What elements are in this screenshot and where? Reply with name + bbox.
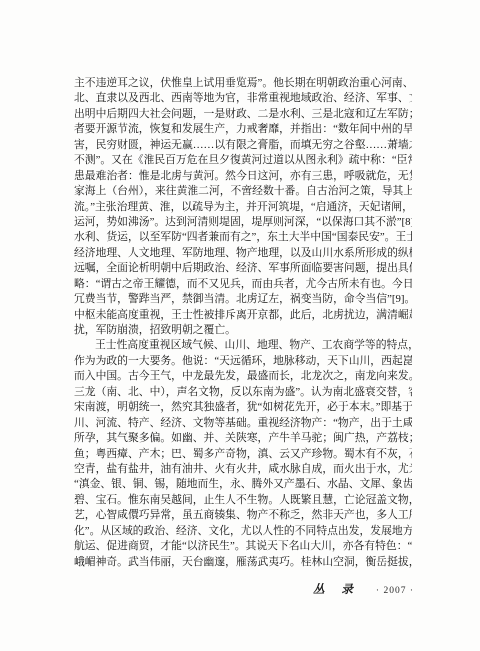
- text-line: 所孕，其气聚多偏。如幽、并、关陕寒，产牛羊马驼；闽广热，产荔枝；荆楚泽国，产: [74, 431, 412, 446]
- text-line: 冗费当节，警跸当严，禁御当清。北虏辽左，祸变当防，命令当信”[9]。可惜明王朝: [74, 292, 412, 307]
- text-line: 艺，心智咸儇巧异常，虽五商辏集、物产不称乏，然非天产也，多人工所成，足夺造: [74, 508, 412, 523]
- text-line: 宋南渡，明朝统一，然究其独盛者，犹“如树花先开，必于本末。”即基于该地域的山: [74, 400, 412, 415]
- text-line: 航运、促进商贸，才能“以济民生”。其说天下名山大川，亦各有特色：“太华险绝，: [74, 539, 412, 554]
- text-line: 出明中后期四大社会问题，一是财政、二是水利、三是北寇和辽左军防；四是统治: [74, 107, 412, 122]
- text-line: 流。”主张治理黄、淮，以疏导为主，并开河筑堤，“启通济，天妃诸闸，则黄水直捣: [74, 200, 412, 215]
- text-line: 略：“谓古之帝王耀德，而不又见兵，而由兵者，尤今古所未有也。今日无益当罢，: [74, 277, 412, 292]
- text-line: 峨嵋神奇。武当伟丽，天台幽邃，雁荡武夷巧。桂林山空洞，衡岳挺拔，太和透迤。: [74, 555, 412, 570]
- text-line: 空青，盐有盐井，油有油井、火有火井，咸水脉自成，而火出于水，尤为奇怪”又说：: [74, 462, 412, 477]
- text-line: 作为为政的一大要务。他说：“天远循环，地脉移动，天下山川，西起崑仑，以三龙: [74, 354, 412, 369]
- text-line: 北、直隶以及西北、西南等地为官，非常重视地域政治、经济、军事、文化特点，提: [74, 91, 412, 106]
- text-line: 川、河流、特产、经济、文物等基础。重视经济物产：“物产，出于土咸造化精英之: [74, 416, 412, 431]
- text-line: 鱼；粤西瘴、产木；巴、蜀多产奇物，滇、云又产珍物。蜀木有不灰，石有放光，又有: [74, 447, 412, 462]
- page-footer: 丛 录 · 2007 ·: [313, 581, 414, 597]
- footer-year: · 2007 ·: [376, 586, 414, 596]
- text-line-paragraph-start: 王士性高度重视区域气候、山川、地理、物产、工农商学等的特点，发挥其长，: [74, 338, 412, 353]
- text-line: 经济地理、人文地理、军防地理、物产地理，以及山川水系所形成的纵横特点，高瞻: [74, 246, 412, 261]
- text-line: 患最难治者：惟是北虏与黄河。然今日这河，亦有三患，呼吸就危，无复延矣。臣: [74, 169, 412, 184]
- scanned-book-page: 主不违逆耳之议，伏惟皇上试用垂览焉”。他长期在明朝政治重心河南、山东、河 北、直…: [0, 0, 480, 651]
- text-line: 中枢未能高度重视，王士性被排斥离开京都，此后，北虏扰边，满清崛起，三饷困: [74, 308, 412, 323]
- text-line: 主不违逆耳之议，伏惟皇上试用垂览焉”。他长期在明朝政治重心河南、山东、河: [74, 76, 412, 91]
- text-line: “滇金、银、铜、锡，随地而生，永、腾外又产墨石、水晶、文犀、象齿、玛瑙、琥珀、缔: [74, 477, 412, 492]
- journal-name: 丛 录: [313, 581, 360, 597]
- text-line: 害，民穷财匮，神运无赢……以有限之膏脂，而填无穷之谷壑……萧墙之内，变在: [74, 138, 412, 153]
- body-text-block: 主不违逆耳之议，伏惟皇上试用垂览焉”。他长期在明朝政治重心河南、山东、河 北、直…: [74, 76, 412, 570]
- text-line: 而入中国。古今王气，中龙最先发，最盛而长，北龙次之，南龙向来发。然则今之: [74, 369, 412, 384]
- text-line: 三龙（南、北、中），声名文物，反以东南为盛”。认为南北盛衰交替，客观上虽因南: [74, 385, 412, 400]
- text-line: 远嘱，全面论析明朝中后期政治、经济、军事所面临要害问题，提出具体的政策、方: [74, 261, 412, 276]
- text-line: 水利、货运，以至军防“四者兼而有之”，东土大半中国“国泰民安”。王士性以其: [74, 230, 412, 245]
- text-line: 家海上（台州），来往黄淮二河，不啻经数十番。自古治河之策，导其上流，疏其下: [74, 184, 412, 199]
- text-line: 碧、宝石。惟东南吴越间，止生人不生物。人既繁且慧，亡论冠盖文物，既百工技: [74, 493, 412, 508]
- text-line: 者要开源节流，恢复和发展生产，力戒奢靡，并指出：“数年间中州的旱魃，东土水: [74, 122, 412, 137]
- text-line-paragraph-end: 扰，军防崩溃，招致明朝之覆亡。: [74, 323, 412, 338]
- text-line: 不测”。又在《淮民百万危在旦夕復黄河过道以从图永利》疏中称：“臣常闻天下大: [74, 153, 412, 168]
- text-line: 化”。从区域的政治、经济、文化，尤以人性的不同特点出发，发展地方特产，开拓: [74, 524, 412, 539]
- text-line: 运河，势如沸汤”。达到河清则堤固，堤厚则河深，“以保海口其不淤”[8]，使农田、: [74, 215, 412, 230]
